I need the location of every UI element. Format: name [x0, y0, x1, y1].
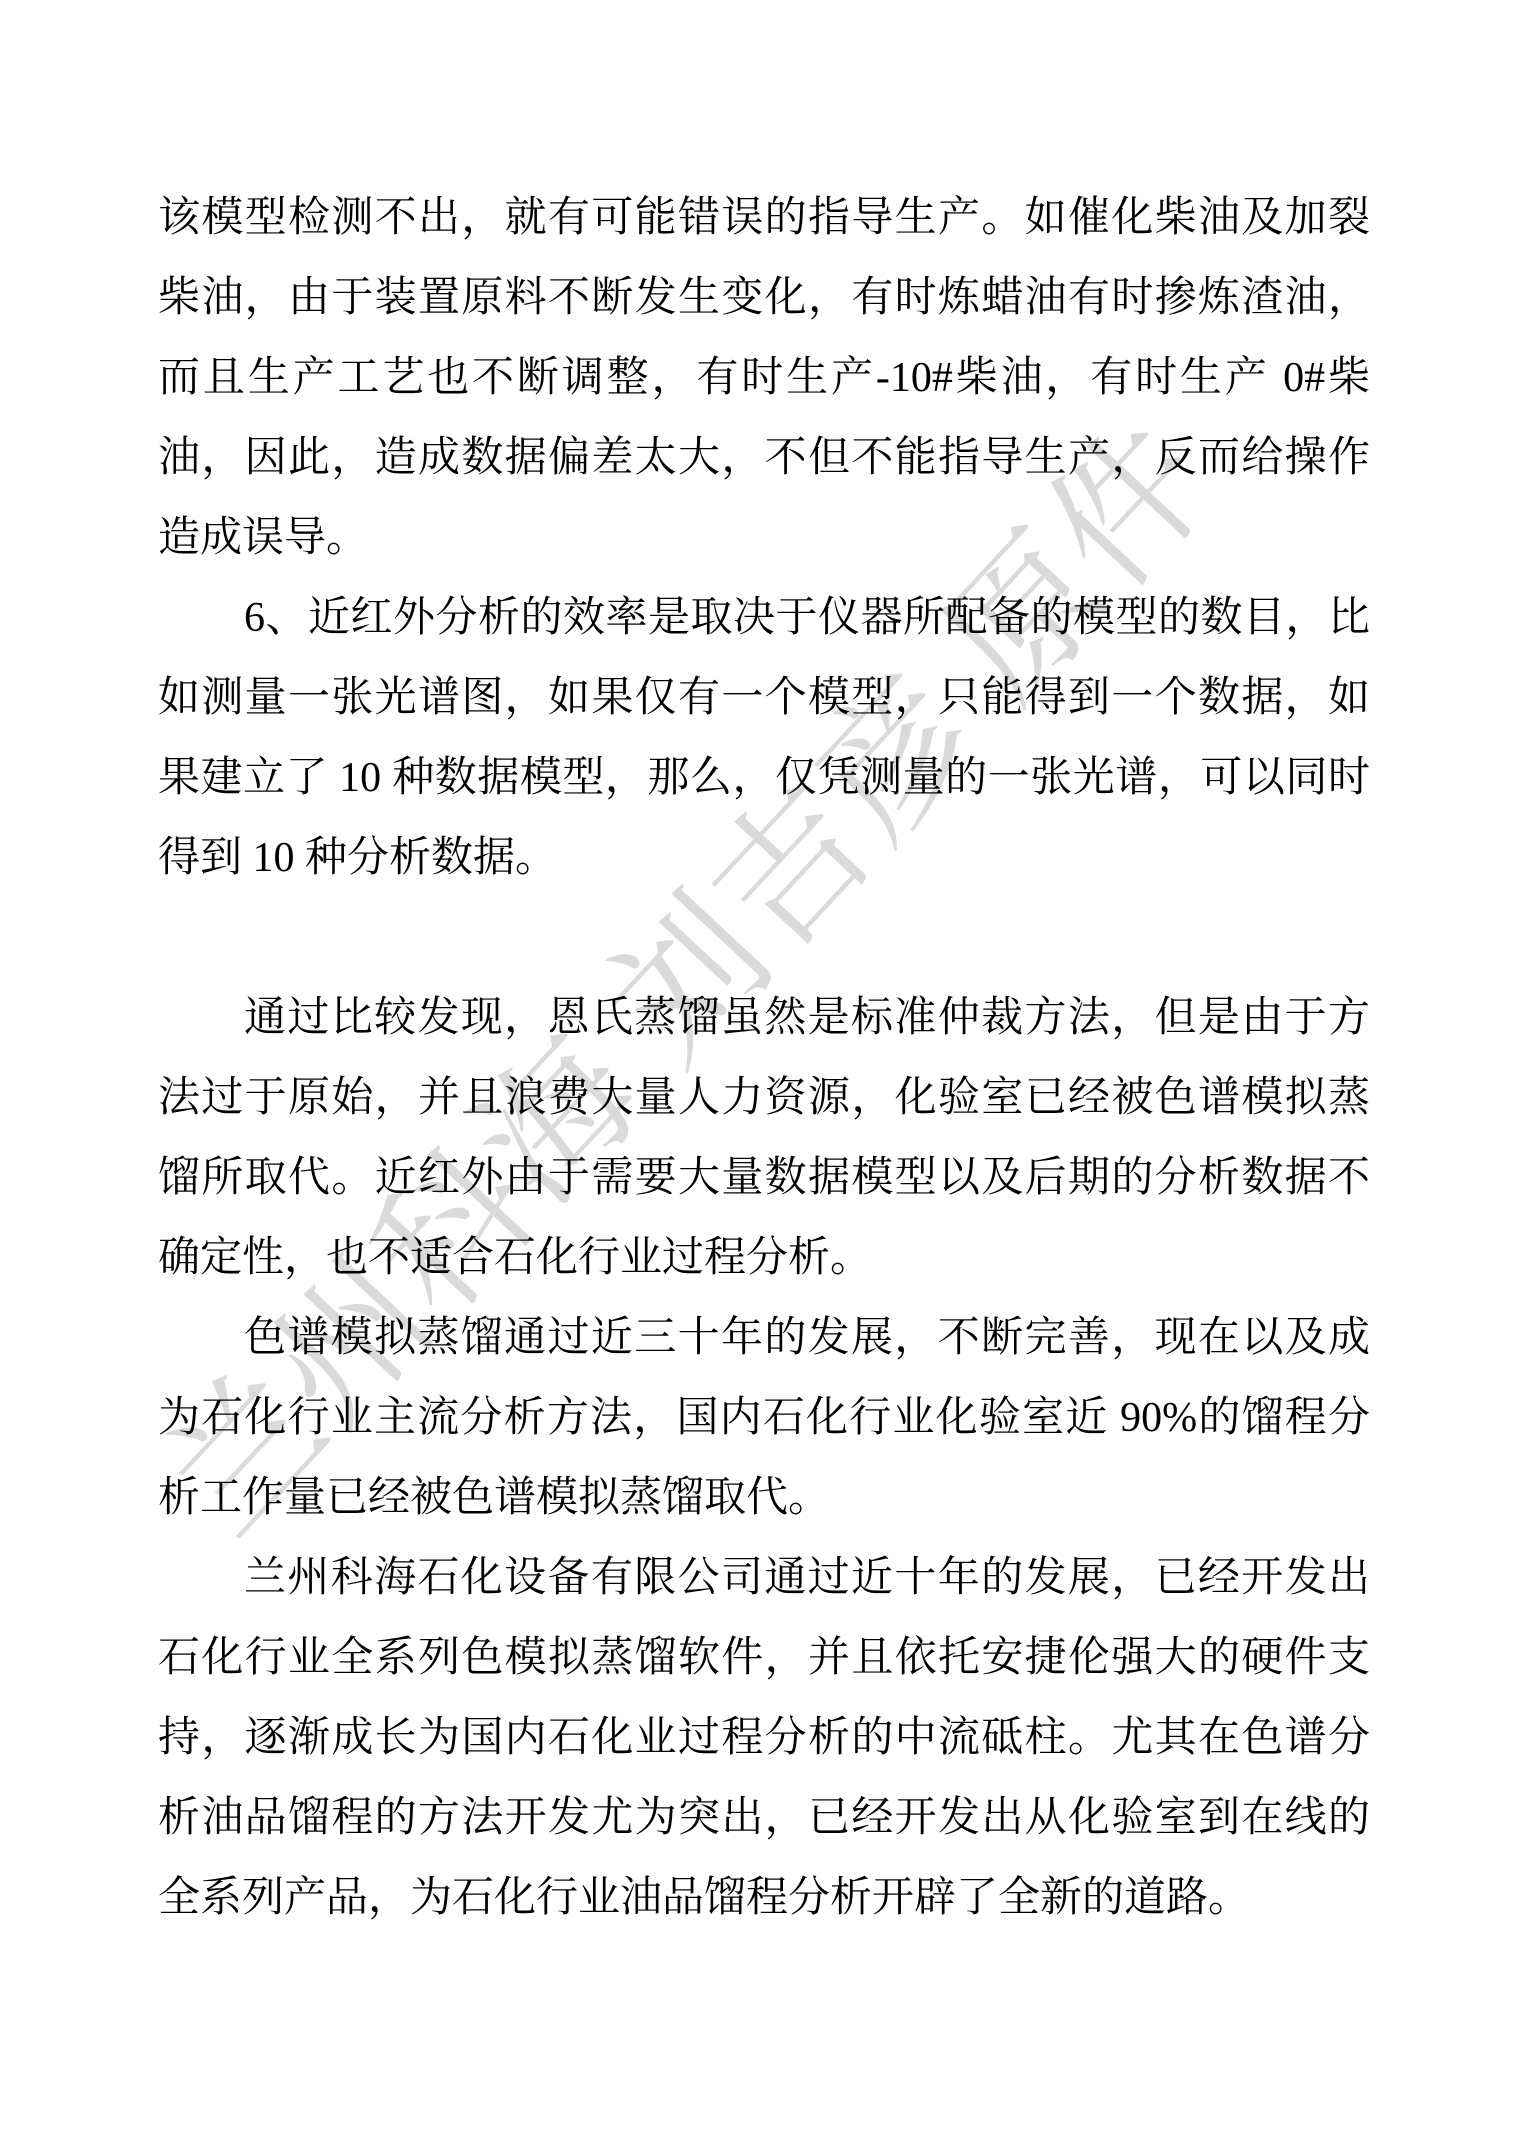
document-page: 兰州科海 刘吉彦 原件 该模型检测不出，就有可能错误的指导生产。如催化柴油及加裂…	[0, 0, 1524, 2156]
paragraph: 该模型检测不出，就有可能错误的指导生产。如催化柴油及加裂柴油，由于装置原料不断发…	[158, 178, 1370, 578]
paragraph: 兰州科海石化设备有限公司通过近十年的发展，已经开发出石化行业全系列色模拟蒸馏软件…	[158, 1538, 1370, 1938]
paragraph: 6、近红外分析的效率是取决于仪器所配备的模型的数目，比如测量一张光谱图，如果仅有…	[158, 578, 1370, 898]
document-body: 该模型检测不出，就有可能错误的指导生产。如催化柴油及加裂柴油，由于装置原料不断发…	[158, 178, 1370, 1938]
paragraph: 色谱模拟蒸馏通过近三十年的发展，不断完善，现在以及成为石化行业主流分析方法，国内…	[158, 1298, 1370, 1538]
paragraph: 通过比较发现，恩氏蒸馏虽然是标准仲裁方法，但是由于方法过于原始，并且浪费大量人力…	[158, 978, 1370, 1298]
blank-line	[158, 898, 1370, 978]
